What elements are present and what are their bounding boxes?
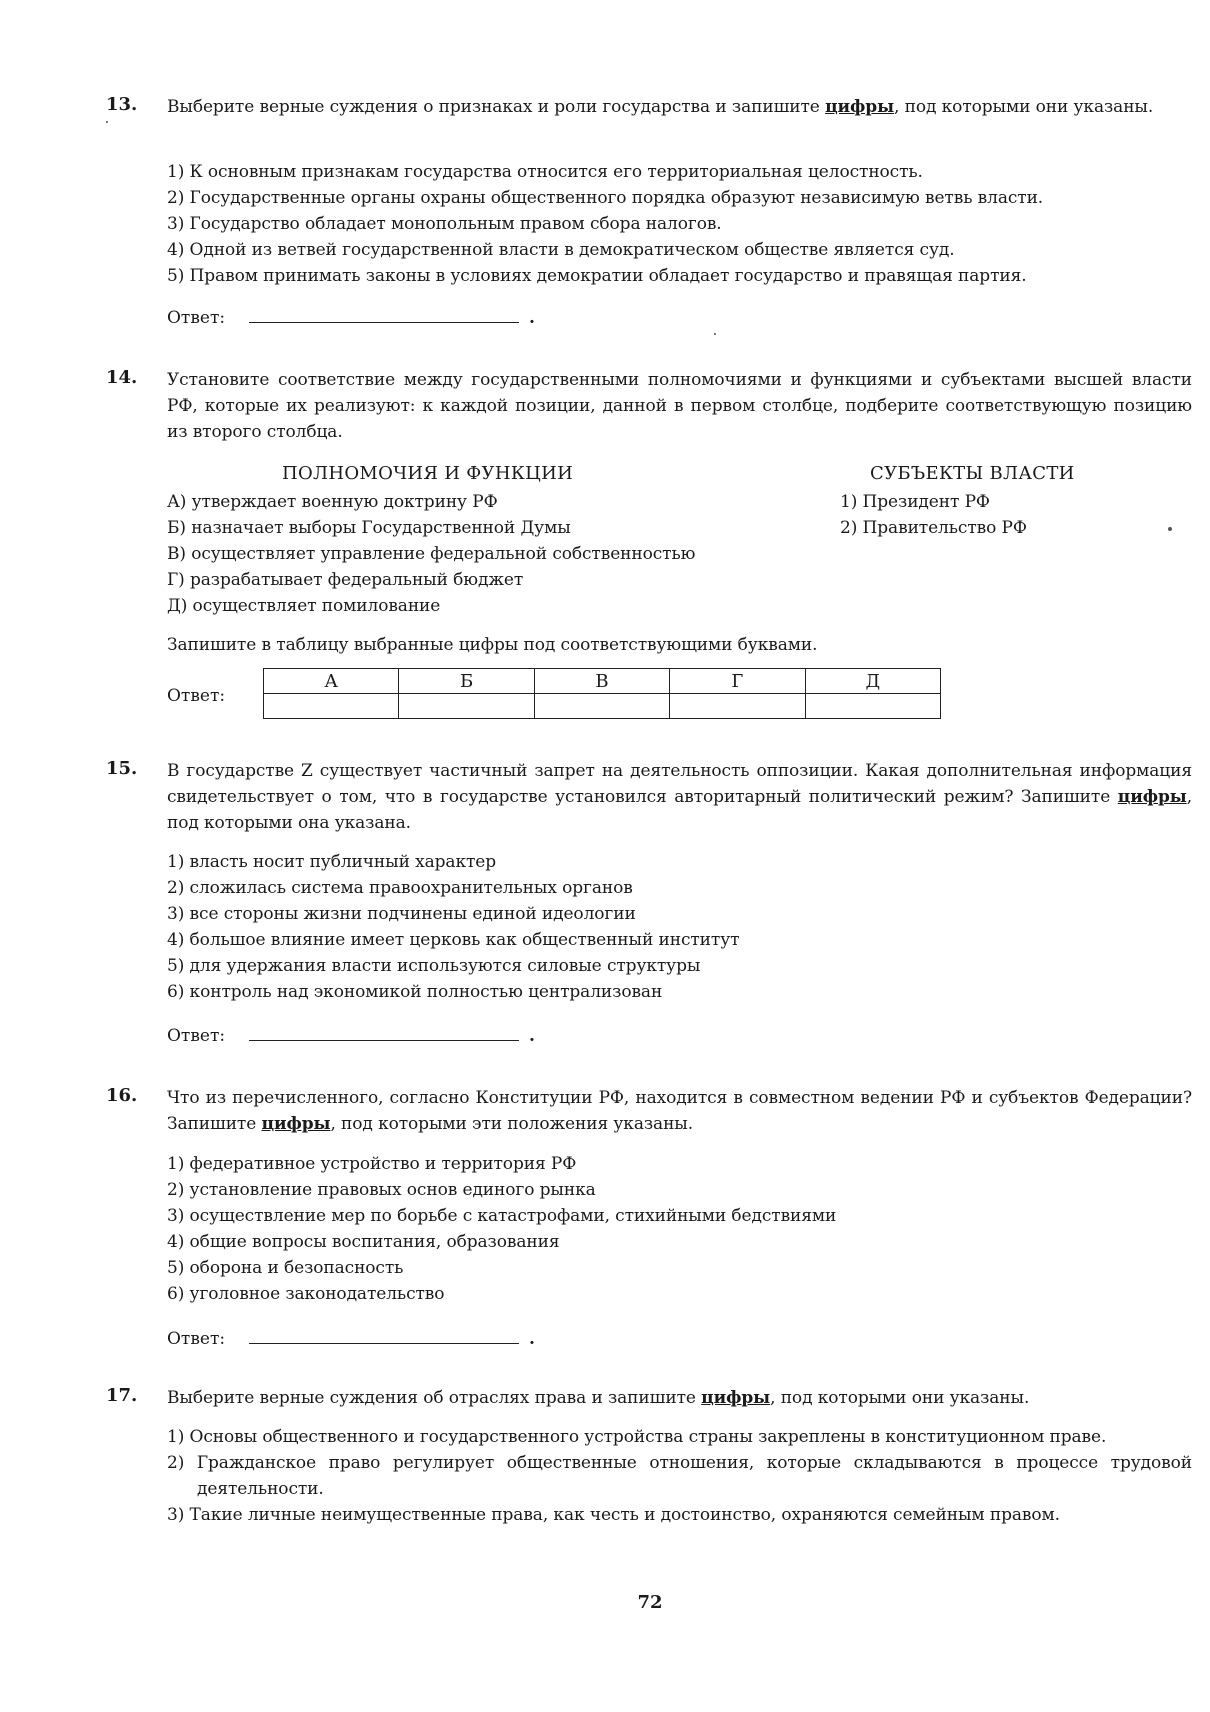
option: 1) К основным признакам государства отно… bbox=[167, 159, 1192, 185]
answer-table-header: Б bbox=[399, 669, 534, 694]
emphasis-digits: цифры bbox=[701, 1388, 770, 1408]
option: 2) сложилась система правоохранительных … bbox=[167, 875, 1192, 901]
powers-list: А) утверждает военную доктрину РФ Б) наз… bbox=[167, 489, 695, 619]
right-column-heading: СУБЪЕКТЫ ВЛАСТИ bbox=[870, 463, 1075, 484]
answer-row: Ответ:. bbox=[167, 1023, 535, 1049]
power-item: А) утверждает военную доктрину РФ bbox=[167, 489, 695, 515]
options-list: 1) власть носит публичный характер 2) сл… bbox=[167, 849, 1192, 1005]
option: 1) федеративное устройство и территория … bbox=[167, 1151, 1192, 1177]
answer-field[interactable] bbox=[249, 1329, 519, 1344]
answer-table-header: Д bbox=[805, 669, 940, 694]
power-item: Г) разрабатывает федеральный бюджет bbox=[167, 567, 695, 593]
answer-cell-v[interactable] bbox=[534, 694, 669, 719]
emphasis-digits: цифры bbox=[262, 1114, 331, 1134]
option: 4) большое влияние имеет церковь как общ… bbox=[167, 927, 1192, 953]
answer-table-input-row bbox=[264, 694, 941, 719]
question-number: 15. bbox=[106, 758, 137, 779]
option: 5) для удержания власти используются сил… bbox=[167, 953, 1192, 979]
emphasis-digits: цифры bbox=[1118, 787, 1187, 807]
answer-table-header: А bbox=[264, 669, 399, 694]
answer-label: Ответ: bbox=[167, 1023, 249, 1049]
power-item: В) осуществляет управление федеральной с… bbox=[167, 541, 695, 567]
options-list: 1) федеративное устройство и территория … bbox=[167, 1151, 1192, 1307]
answer-cell-a[interactable] bbox=[264, 694, 399, 719]
answer-row: Ответ:. bbox=[167, 305, 535, 331]
question-number: 16. bbox=[106, 1085, 137, 1106]
option: 6) уголовное законодательство bbox=[167, 1281, 1192, 1307]
question-prompt: Выберите верные суждения об отраслях пра… bbox=[167, 1385, 1192, 1411]
question-prompt: Установите соответствие между государств… bbox=[167, 367, 1192, 445]
answer-table-header: Г bbox=[670, 669, 805, 694]
emphasis-digits: цифры bbox=[825, 97, 894, 117]
subject-item: 2) Правительство РФ bbox=[840, 515, 1027, 541]
question-number: 14. bbox=[106, 367, 137, 388]
answer-row: Ответ:. bbox=[167, 1326, 535, 1352]
answer-table-header-row: А Б В Г Д bbox=[264, 669, 941, 694]
left-column-heading: ПОЛНОМОЧИЯ И ФУНКЦИИ bbox=[282, 463, 573, 484]
option: 3) все стороны жизни подчинены единой ид… bbox=[167, 901, 1192, 927]
answer-table: А Б В Г Д bbox=[263, 668, 941, 719]
exam-page: 13. Выберите верные суждения о признаках… bbox=[0, 0, 1210, 1712]
answer-table-header: В bbox=[534, 669, 669, 694]
option: 1) власть носит публичный характер bbox=[167, 849, 1192, 875]
option: 4) Одной из ветвей государственной власт… bbox=[167, 237, 1192, 263]
power-item: Б) назначает выборы Государственной Думы bbox=[167, 515, 695, 541]
option: 3) осуществление мер по борьбе с катастр… bbox=[167, 1203, 1192, 1229]
option: 2) Гражданское право регулирует обществе… bbox=[167, 1450, 1192, 1502]
question-prompt: Что из перечисленного, согласно Конститу… bbox=[167, 1085, 1192, 1137]
option: 5) оборона и безопасность bbox=[167, 1255, 1192, 1281]
options-list: 1) К основным признакам государства отно… bbox=[167, 159, 1192, 289]
subjects-list: 1) Президент РФ 2) Правительство РФ bbox=[840, 489, 1027, 541]
question-number: 13. bbox=[106, 94, 137, 115]
option: 4) общие вопросы воспитания, образования bbox=[167, 1229, 1192, 1255]
page-number: 72 bbox=[0, 1592, 1210, 1613]
question-number: 17. bbox=[106, 1385, 137, 1406]
question-prompt: В государстве Z существует частичный зап… bbox=[167, 758, 1192, 836]
options-list: 1) Основы общественного и государственно… bbox=[167, 1424, 1192, 1528]
question-prompt: Выберите верные суждения о признаках и р… bbox=[167, 94, 1192, 120]
scan-speck bbox=[1168, 527, 1172, 531]
answer-label: Ответ: bbox=[167, 305, 249, 331]
option: 3) Государство обладает монопольным прав… bbox=[167, 211, 1192, 237]
option: 2) установление правовых основ единого р… bbox=[167, 1177, 1192, 1203]
answer-label: Ответ: bbox=[167, 1326, 249, 1352]
option: 2) Государственные органы охраны обществ… bbox=[167, 185, 1192, 211]
scan-speck bbox=[106, 121, 108, 123]
answer-cell-d[interactable] bbox=[805, 694, 940, 719]
subject-item: 1) Президент РФ bbox=[840, 489, 1027, 515]
table-instruction: Запишите в таблицу выбранные цифры под с… bbox=[167, 632, 1192, 658]
option: 3) Такие личные неимущественные права, к… bbox=[167, 1502, 1192, 1528]
option: 5) Правом принимать законы в условиях де… bbox=[167, 263, 1192, 289]
option: 6) контроль над экономикой полностью цен… bbox=[167, 979, 1192, 1005]
scan-speck bbox=[714, 333, 716, 335]
answer-field[interactable] bbox=[249, 1026, 519, 1041]
answer-label: Ответ: bbox=[167, 686, 225, 706]
answer-cell-b[interactable] bbox=[399, 694, 534, 719]
power-item: Д) осуществляет помилование bbox=[167, 593, 695, 619]
answer-cell-g[interactable] bbox=[670, 694, 805, 719]
option: 1) Основы общественного и государственно… bbox=[167, 1424, 1192, 1450]
answer-field[interactable] bbox=[249, 308, 519, 323]
